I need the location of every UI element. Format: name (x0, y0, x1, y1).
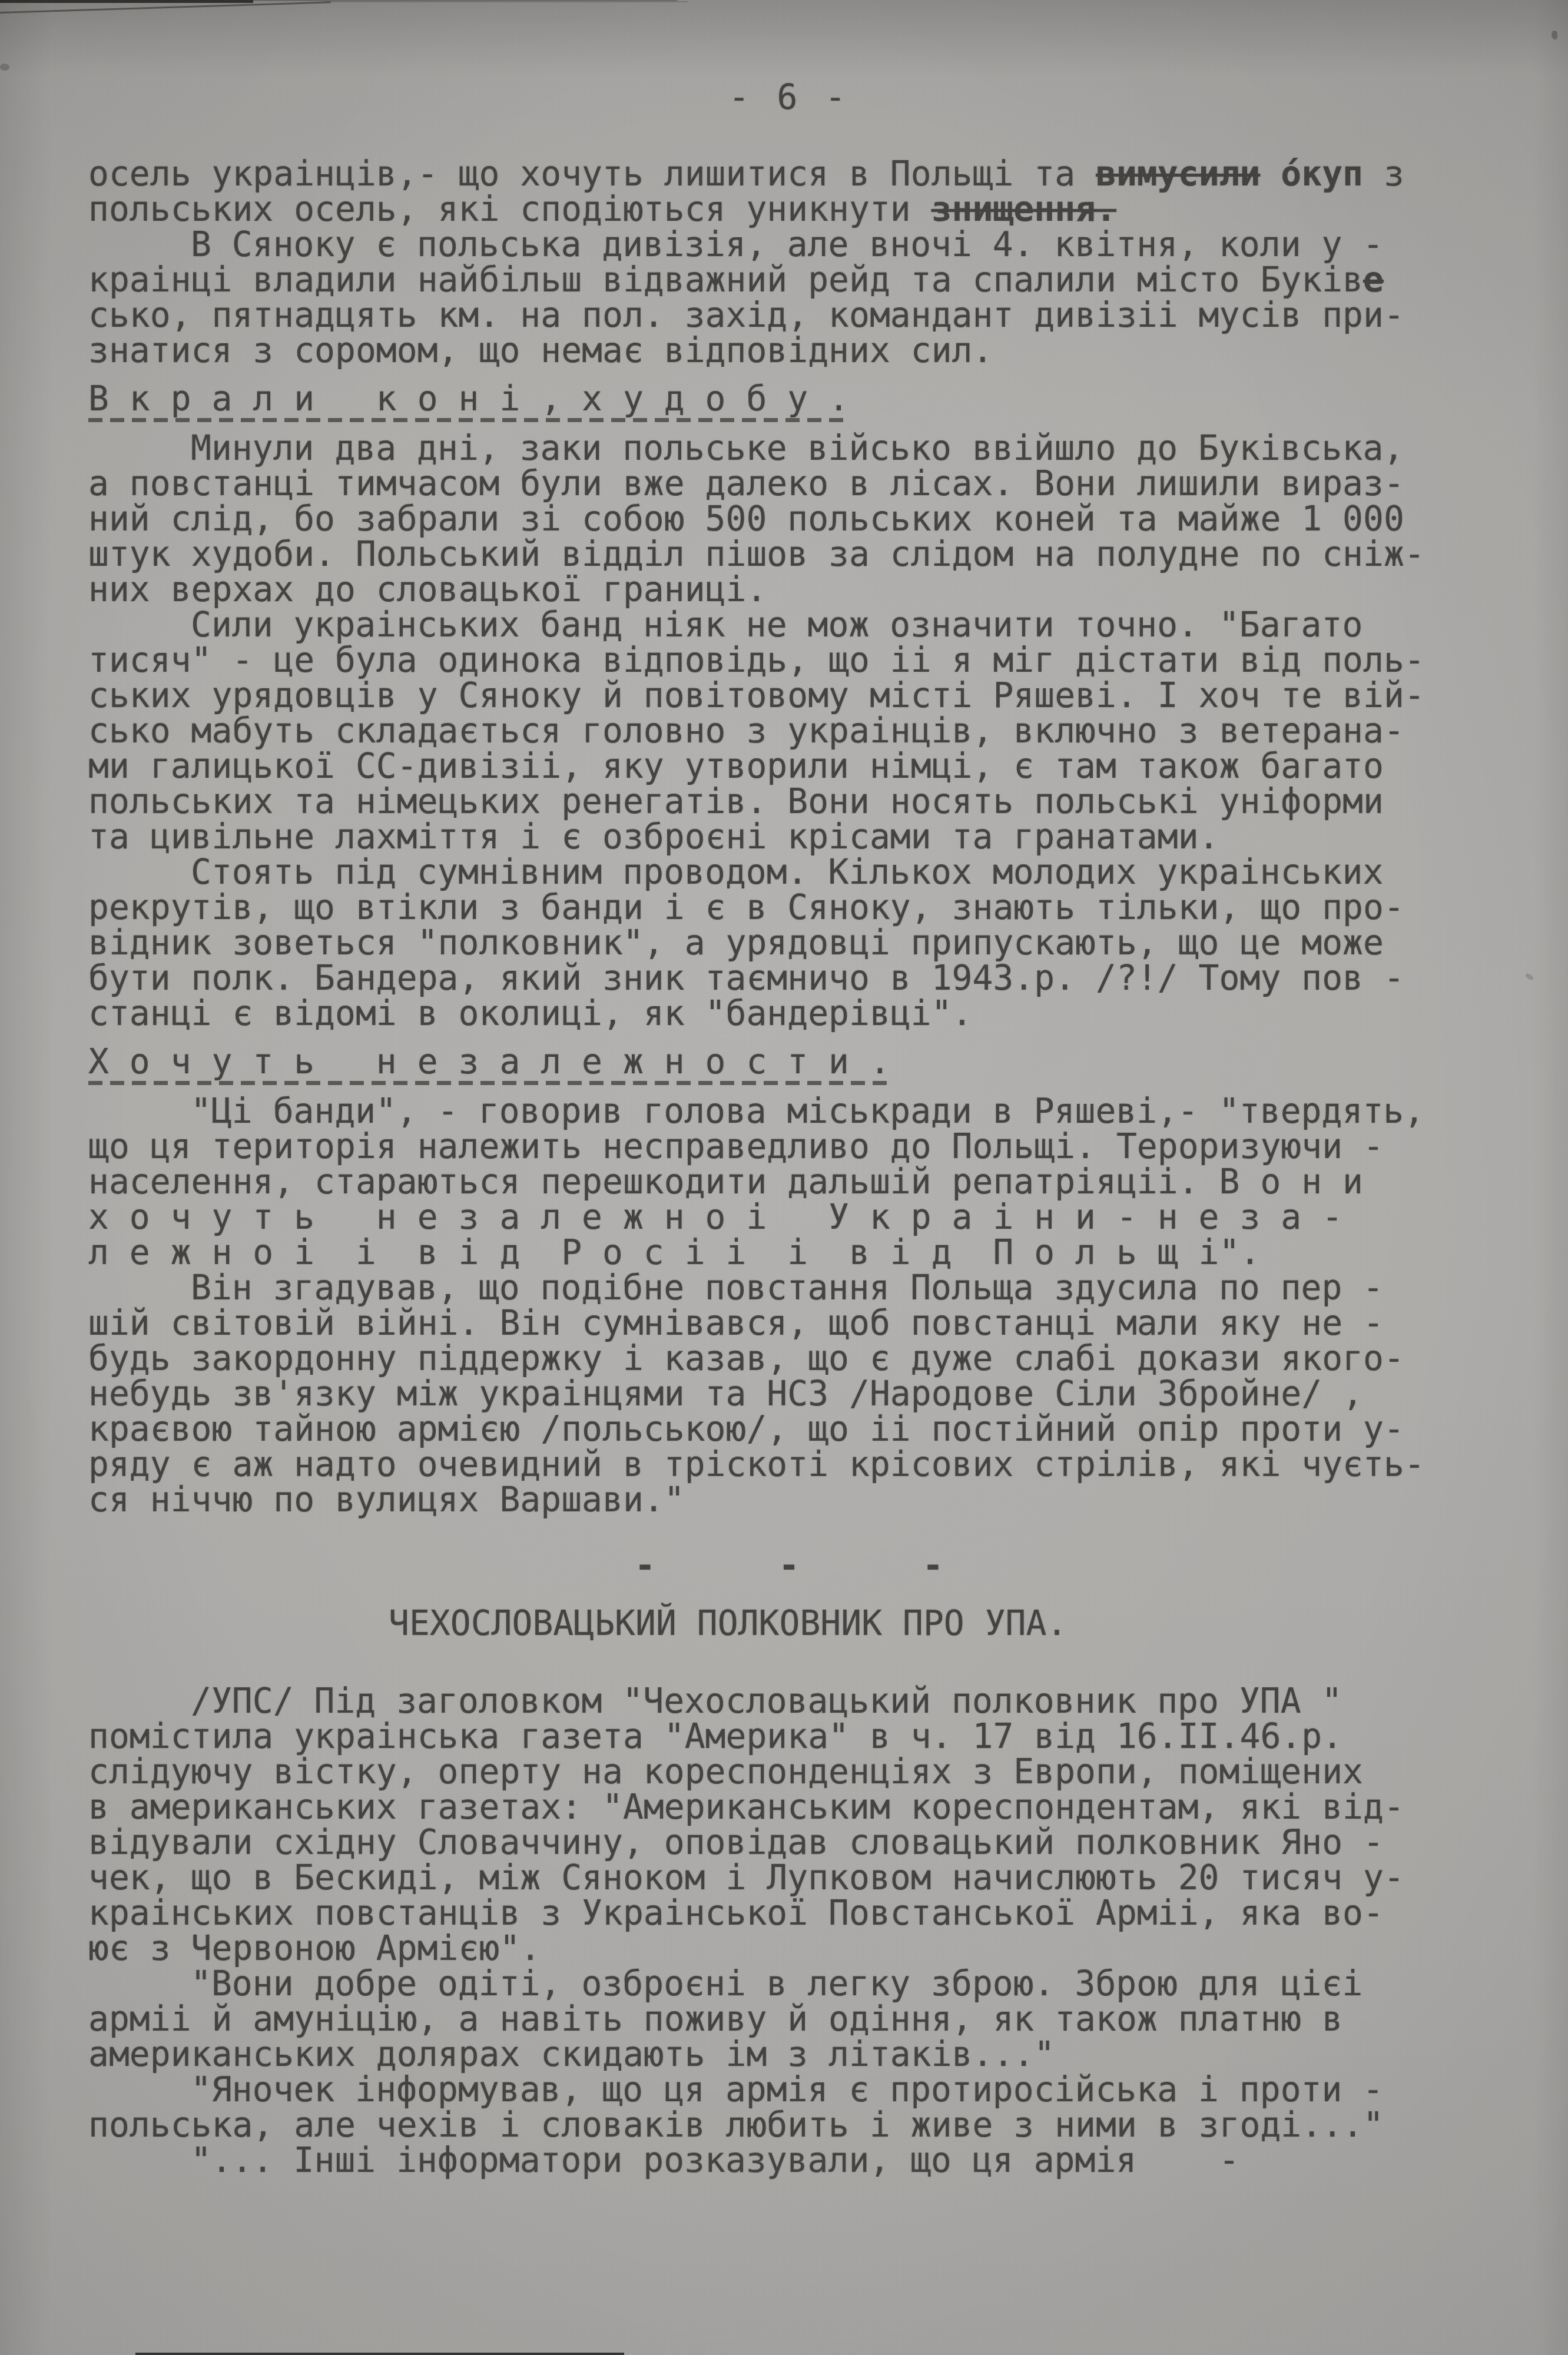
text-line: "Яночек інформував, що ця армія є протир… (88, 2072, 1490, 2107)
text-segment: станці є відомі в околиці, як "бандерівц… (88, 993, 973, 1033)
text-segment: помістила украінська газета "Америка" в … (88, 1716, 1342, 1756)
text-segment: шій світовій війні. Він сумнівався, щоб … (88, 1303, 1384, 1343)
text-line: небудь зв'язку між украінцями та НСЗ /На… (88, 1376, 1490, 1411)
text-line: краєвою тайною армією /польською/, що іі… (88, 1411, 1490, 1447)
text-line: краінських повстанців з Украінської Повс… (88, 1895, 1490, 1931)
text-segment: в американських газетах: "Американським … (88, 1787, 1404, 1827)
text-segment: ний слід, бо забрали зі собою 500 польсь… (88, 499, 1404, 539)
text-line: ських урядовців у Сяноку й повітовому мі… (88, 678, 1490, 713)
text-segment: чек, що в Бескиді, між Сяноком і Лупково… (88, 1858, 1404, 1898)
text-segment: Минули два дні, заки польське військо вв… (191, 428, 1404, 468)
scan-artifact-bottom-line (135, 2353, 624, 2355)
text-line: "... Інші інформатори розказували, що ця… (88, 2142, 1490, 2178)
text-segment: населення, стараються перешкодити дальші… (88, 1162, 1363, 1202)
text-segment: бути полк. Бандера, який зник таємничо в… (88, 958, 1404, 998)
text-line: ся ніччю по вулицях Варшави." (88, 1482, 1490, 1517)
text-segment: ряду є аж надто очевидний в тріскоті крі… (88, 1444, 1425, 1484)
text-line: рекрутів, що втікли з банди і є в Сяноку… (88, 890, 1490, 925)
text-line: "Вони добре одіті, озброєні в легку збро… (88, 1966, 1490, 2001)
text-line: Стоять під сумнівним проводом. Кількох м… (88, 854, 1490, 890)
text-line: будь закордонну піддержку і казав, що є … (88, 1341, 1490, 1376)
section-heading: В к р а л и к о н і , х у д о б у . (88, 381, 849, 422)
text-segment: ює з Червоною Армією". (88, 1928, 541, 1968)
section-heading-text: Х о ч у т ь н е з а л е ж н о с т и . (88, 1044, 890, 1079)
text-line: станці є відомі в околиці, як "бандерівц… (88, 996, 1490, 1031)
text-line: польських осель, які сподіються уникнути… (88, 191, 1490, 227)
text-segment: та цивільне лахміття і є озброєні крісам… (88, 817, 1219, 857)
text-segment: е (1363, 260, 1384, 300)
text-line: арміі й амуніцію, а навіть поживу й одін… (88, 2001, 1490, 2036)
text-segment: краінці владили найбільш відважний рейд … (88, 260, 1363, 300)
scan-artifact-top-edge-faint (247, 0, 677, 1)
text-line: знатися з соромом, що немає відповідних … (88, 333, 1490, 368)
text-line: В Сяноку є польська дивізія, але вночі 4… (88, 227, 1490, 262)
text-line: відували східну Словаччину, оповідав сло… (88, 1825, 1490, 1860)
section-heading: Х о ч у т ь н е з а л е ж н о с т и . (88, 1044, 890, 1085)
text-line: польська, але чехів і словаків любить і … (88, 2107, 1490, 2142)
text-line: сько мабуть складається головно з украін… (88, 713, 1490, 748)
text-line: "Ці банди", - говорив голова міськради в… (88, 1093, 1490, 1129)
text-segment: краєвою тайною армією /польською/, що іі… (88, 1409, 1404, 1449)
text-line: л е ж н о і і в і д Р о с і і і в і д П … (88, 1235, 1490, 1270)
text-segment: сько, пятнадцять км. на пол. захід, кома… (88, 295, 1404, 335)
text-segment: тисяч" - це була одинока відповідь, що і… (88, 640, 1425, 680)
text-segment: Він згадував, що подібне повстання Польщ… (191, 1268, 1383, 1308)
page-number: - 6 - (88, 79, 1490, 115)
section-separator: - - - (88, 1548, 1490, 1583)
text-line: що ця територія належить несправедливо д… (88, 1129, 1490, 1164)
text-segment (1260, 154, 1281, 194)
text-segment: л е ж н о і і в і д Р о с і і і в і д П … (88, 1232, 1260, 1272)
document-content: - 6 - осель украінців,- що хочуть лишити… (88, 79, 1490, 2178)
text-segment: відник зоветься "полковник", а урядовці … (88, 923, 1384, 963)
text-line: польських та німецьких ренегатів. Вони н… (88, 784, 1490, 819)
text-segment: В Сяноку є польська дивізія, але вночі 4… (191, 224, 1383, 264)
text-line: /УПС/ Під заголовком "Чехословацький пол… (88, 1683, 1490, 1719)
text-line: американських долярах скидають ім з літа… (88, 2036, 1490, 2072)
text-segment: "Ці банди", - говорив голова міськради в… (191, 1091, 1424, 1131)
text-segment: з (1363, 154, 1404, 194)
text-line: слідуючу вістку, оперту на кореспонденці… (88, 1754, 1490, 1789)
text-line: тисяч" - це була одинока відповідь, що і… (88, 642, 1490, 678)
text-line: чек, що в Бескиді, між Сяноком і Лупково… (88, 1860, 1490, 1895)
text-segment: о́куп (1281, 154, 1363, 194)
text-line: Він згадував, що подібне повстання Польщ… (88, 1270, 1490, 1305)
article-title: ЧЕХОСЛОВАЦЬКИЙ ПОЛКОВНИК ПРО УПА. (389, 1606, 1490, 1641)
text-line: краінці владили найбільш відважний рейд … (88, 262, 1490, 297)
text-segment: Сили украінських банд ніяк не мож означи… (191, 605, 1363, 645)
text-line: х о ч у т ь н е з а л е ж н о і У к р а … (88, 1199, 1490, 1235)
text-segment: американських долярах скидають ім з літа… (88, 2034, 1055, 2074)
text-line: осель украінців,- що хочуть лишитися в П… (88, 156, 1490, 191)
text-line: ний слід, бо забрали зі собою 500 польсь… (88, 501, 1490, 536)
text-line: бути полк. Бандера, який зник таємничо в… (88, 960, 1490, 996)
text-segment: польських та німецьких ренегатів. Вони н… (88, 781, 1384, 821)
text-segment: польська, але чехів і словаків любить і … (88, 2105, 1384, 2145)
heading-underline (88, 418, 849, 422)
text-segment: знищення. (931, 189, 1116, 229)
text-segment: вимусили (1096, 154, 1260, 194)
scan-artifact-crease-line-faint (323, 1, 688, 2)
text-line: штук худоби. Польський відділ пішов за с… (88, 536, 1490, 572)
text-segment: будь закордонну піддержку і казав, що є … (88, 1338, 1404, 1378)
text-segment: відували східну Словаччину, оповідав сло… (88, 1822, 1384, 1862)
text-segment: "... Інші інформатори розказували, що ця… (191, 2140, 1239, 2180)
text-segment: краінських повстанців з Украінської Повс… (88, 1893, 1384, 1933)
text-line: а повстанці тимчасом були вже далеко в л… (88, 466, 1490, 501)
text-segment: ських урядовців у Сяноку й повітовому мі… (88, 675, 1425, 715)
text-segment: "Яночек інформував, що ця армія є протир… (191, 2069, 1383, 2109)
scan-artifact-crease-line (0, 1, 331, 14)
text-segment: ми галицької СС-дивізіі, яку утворили ні… (88, 746, 1384, 786)
text-segment: Стоять під сумнівним проводом. Кількох м… (191, 852, 1383, 892)
text-segment: "Вони добре одіті, озброєні в легку збро… (191, 1963, 1363, 2004)
text-segment: /УПС/ Під заголовком "Чехословацький пол… (191, 1681, 1342, 1721)
text-line: ює з Червоною Армією". (88, 1931, 1490, 1966)
text-segment: небудь зв'язку між украінцями та НСЗ /На… (88, 1374, 1363, 1414)
text-segment: рекрутів, що втікли з банди і є в Сяноку… (88, 887, 1404, 927)
text-line: них верхах до словацької границі. (88, 572, 1490, 607)
text-line: ряду є аж надто очевидний в тріскоті крі… (88, 1447, 1490, 1482)
text-segment: ся ніччю по вулицях Варшави." (88, 1480, 685, 1520)
section-heading-text: В к р а л и к о н і , х у д о б у . (88, 381, 849, 416)
text-line: Сили украінських банд ніяк не мож означи… (88, 607, 1490, 642)
scan-artifact-top-edge (0, 0, 253, 3)
text-line: відник зоветься "полковник", а урядовці … (88, 925, 1490, 960)
text-segment: сько мабуть складається головно з украін… (88, 711, 1404, 751)
text-line: в американських газетах: "Американським … (88, 1789, 1490, 1825)
text-line: ми галицької СС-дивізіі, яку утворили ні… (88, 748, 1490, 784)
scanned-document-page: - 6 - осель украінців,- що хочуть лишити… (0, 0, 1568, 2355)
text-line: шій світовій війні. Він сумнівався, щоб … (88, 1305, 1490, 1341)
text-line: Минули два дні, заки польське військо вв… (88, 430, 1490, 466)
text-segment: а повстанці тимчасом були вже далеко в л… (88, 463, 1404, 503)
text-segment: х о ч у т ь н е з а л е ж н о і У к р а … (88, 1197, 1342, 1237)
document-body: осель украінців,- що хочуть лишитися в П… (88, 156, 1490, 2178)
text-line: сько, пятнадцять км. на пол. захід, кома… (88, 297, 1490, 333)
text-segment: них верхах до словацької границі. (88, 569, 767, 609)
text-line: та цивільне лахміття і є озброєні крісам… (88, 819, 1490, 854)
text-segment: знатися з соромом, що немає відповідних … (88, 330, 993, 370)
text-line: населення, стараються перешкодити дальші… (88, 1164, 1490, 1199)
text-segment: арміі й амуніцію, а навіть поживу й одін… (88, 1999, 1342, 2039)
text-line: помістила украінська газета "Америка" в … (88, 1719, 1490, 1754)
scan-artifact-top-right-speck (1552, 31, 1557, 39)
text-segment: штук худоби. Польський відділ пішов за с… (88, 534, 1425, 574)
scan-artifact-right-speck (1524, 972, 1534, 981)
text-segment: осель украінців,- що хочуть лишитися в П… (88, 154, 1096, 194)
text-segment: що ця територія належить несправедливо д… (88, 1126, 1384, 1166)
text-segment: польських осель, які сподіються уникнути (88, 189, 931, 229)
heading-underline (88, 1081, 890, 1085)
scan-artifact-left-smudge (0, 64, 9, 71)
text-segment: слідуючу вістку, оперту на кореспонденці… (88, 1752, 1363, 1792)
